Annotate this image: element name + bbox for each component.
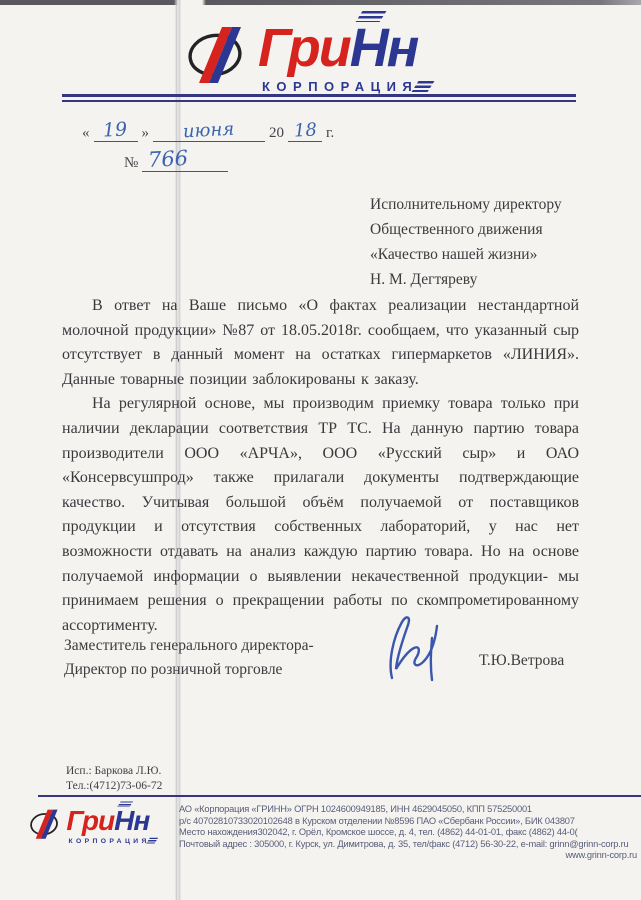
- handwritten-signature: [374, 610, 462, 690]
- grinn-wordmark: ГриНн: [258, 20, 431, 76]
- number-row: № 766: [124, 149, 338, 172]
- addressee-line: Н. М. Дегтяреву: [370, 267, 562, 292]
- date-row: « 19 » июня 20 18 г.: [82, 121, 338, 142]
- handwritten-year: 18: [288, 122, 322, 142]
- body-paragraph: На регулярной основе, мы производим прие…: [62, 392, 579, 638]
- signer-name: Т.Ю.Ветрова: [479, 652, 564, 670]
- grinn-logo-text: ГриНн КОРПОРАЦИЯ: [258, 20, 431, 94]
- wordmark-part-blue-cap: Н: [350, 18, 387, 78]
- grinn-logo-text: ГриНн КОРПОРАЦИЯ: [66, 806, 156, 845]
- scanned-letter-page: ГриНн КОРПОРАЦИЯ « 19 » июня 20 18 г. № …: [0, 0, 641, 900]
- grinn-logo-mark-icon: [188, 22, 250, 86]
- footer-requisites-line: Почтовый адрес : 305000, г. Курск, ул. Д…: [179, 839, 641, 851]
- addressee-line: Исполнительному директору: [370, 192, 562, 217]
- executor-phone: Тел.:(4712)73-06-72: [66, 779, 162, 794]
- year-suffix: г.: [326, 125, 334, 142]
- grinn-logo-subtitle: КОРПОРАЦИЯ: [262, 79, 431, 94]
- footer-website: www.grinn-corp.ru: [179, 850, 641, 862]
- letterhead-divider: [62, 94, 576, 102]
- addressee-line: Общественного движения: [370, 217, 562, 242]
- wordmark-part-red: Гри: [258, 18, 350, 78]
- letter-body: В ответ на Ваше письмо «О фактах реализа…: [62, 294, 579, 638]
- executor-block: Исп.: Баркова Л.Ю. Тел.:(4712)73-06-72: [66, 764, 162, 794]
- grinn-logo: ГриНн КОРПОРАЦИЯ: [188, 20, 431, 94]
- footer-requisites-line: АО «Корпорация «ГРИНН» ОГРН 102460094918…: [179, 804, 641, 816]
- wordmark-part-blue-low: н: [387, 18, 418, 78]
- date-number-block: « 19 » июня 20 18 г. № 766: [82, 121, 338, 172]
- addressee-block: Исполнительному директору Общественного …: [370, 192, 562, 292]
- footer-requisites-line: Место нахождения302042, г. Орёл, Кромско…: [179, 827, 641, 839]
- logo-subtitle-label: КОРПОРАЦИЯ: [68, 837, 149, 845]
- number-sign: №: [124, 155, 138, 172]
- close-quote: »: [142, 125, 150, 142]
- footer-requisites: АО «Корпорация «ГРИНН» ОГРН 102460094918…: [179, 804, 641, 862]
- open-quote: «: [82, 125, 90, 142]
- wordmark-part-blue-cap: Н: [114, 805, 133, 836]
- signer-position-line: Директор по розничной торговле: [64, 658, 314, 682]
- wordmark-part-red: Гри: [66, 805, 114, 836]
- executor-name: Исп.: Баркова Л.Ю.: [66, 764, 162, 779]
- footer-requisites-line: р/с 40702810733020102648 в Курском отдел…: [179, 816, 641, 828]
- year-century: 20: [269, 125, 284, 142]
- grinn-logo-subtitle: КОРПОРАЦИЯ: [68, 837, 156, 845]
- scan-edge-artifact: [0, 0, 641, 5]
- signer-position-line: Заместитель генерального директора-: [64, 634, 314, 658]
- grinn-logo-footer: ГриНн КОРПОРАЦИЯ: [30, 806, 157, 845]
- footer-divider: [38, 795, 641, 797]
- body-paragraph: В ответ на Ваше письмо «О фактах реализа…: [62, 294, 579, 392]
- grinn-wordmark: ГриНн: [66, 806, 156, 835]
- handwritten-month: июня: [153, 122, 265, 142]
- handwritten-outgoing-number: 766: [142, 149, 228, 172]
- grinn-logo-mark-icon: [30, 807, 62, 840]
- signer-position-block: Заместитель генерального директора- Дире…: [64, 634, 314, 681]
- addressee-line: «Качество нашей жизни»: [370, 242, 562, 267]
- logo-stripes-icon: [146, 838, 158, 844]
- logo-subtitle-label: КОРПОРАЦИЯ: [262, 79, 418, 94]
- wordmark-part-blue-low: н: [133, 805, 149, 836]
- handwritten-day: 19: [94, 121, 138, 142]
